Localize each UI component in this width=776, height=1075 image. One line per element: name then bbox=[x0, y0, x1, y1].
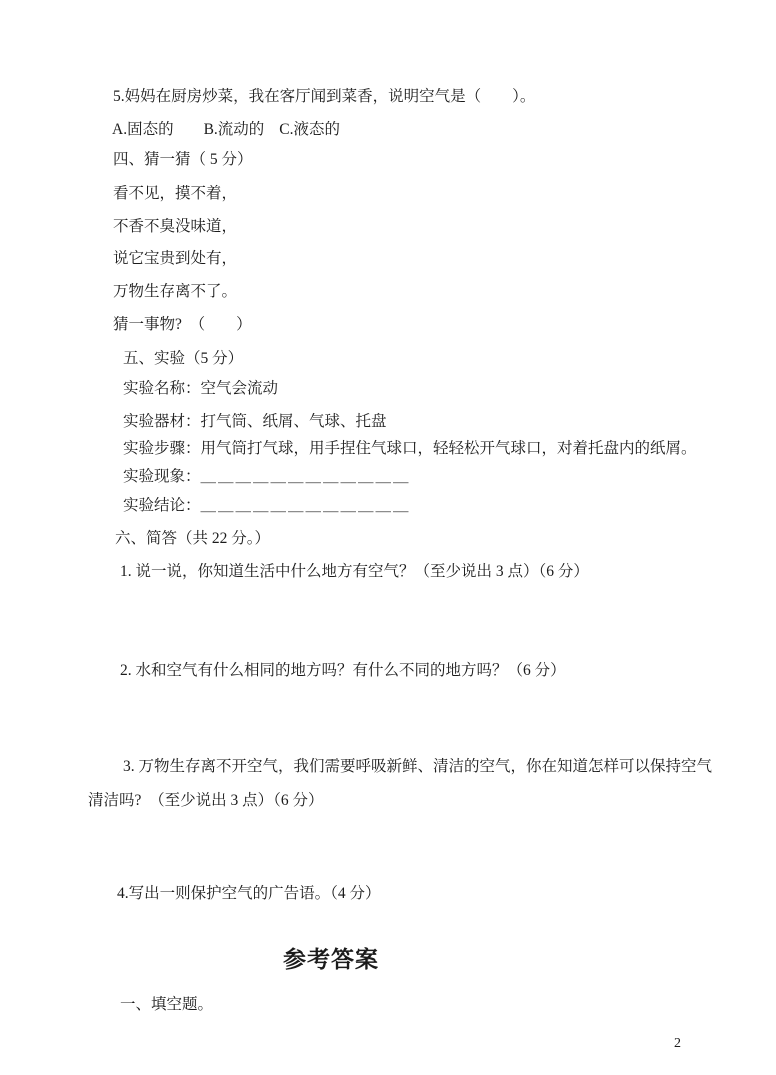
question-3-line-1: 3. 万物生存离不开空气，我们需要呼吸新鲜、清洁的空气，你在知道怎样可以保持空气 bbox=[123, 758, 712, 776]
question-1: 1. 说一说，你知道生活中什么地方有空气？（至少说出 3 点）（6 分） bbox=[120, 563, 589, 581]
experiment-steps: 实验步骤：用气筒打气球，用手捏住气球口，轻轻松开气球口，对着托盘内的纸屑。 bbox=[123, 440, 697, 458]
document-page: 5.妈妈在厨房炒菜，我在客厅闻到菜香，说明空气是（ ）。 A.固态的B.流动的C… bbox=[0, 0, 776, 1075]
conclusion-blank-line: ＿＿＿＿＿＿＿＿＿＿＿＿ bbox=[201, 497, 411, 514]
riddle-line-4: 万物生存离不了。 bbox=[113, 283, 237, 301]
phenomenon-blank-line: ＿＿＿＿＿＿＿＿＿＿＿＿ bbox=[201, 468, 411, 485]
experiment-materials: 实验器材：打气筒、纸屑、气球、托盘 bbox=[123, 413, 387, 431]
experiment-conclusion: 实验结论：＿＿＿＿＿＿＿＿＿＿＿＿ bbox=[123, 497, 411, 515]
section-5-heading: 五、实验（5 分） bbox=[123, 350, 243, 368]
experiment-phenomenon: 实验现象：＿＿＿＿＿＿＿＿＿＿＿＿ bbox=[123, 468, 411, 486]
option-b: B.流动的 bbox=[204, 121, 265, 138]
answers-title: 参考答案 bbox=[283, 946, 379, 972]
question-2: 2. 水和空气有什么相同的地方吗？有什么不同的地方吗？（6 分） bbox=[120, 662, 566, 680]
option-c: C.液态的 bbox=[279, 121, 340, 138]
question-4: 4.写出一则保护空气的广告语。（4 分） bbox=[117, 885, 381, 903]
experiment-phenomenon-label: 实验现象： bbox=[123, 468, 201, 485]
riddle-prompt: 猜一事物? （ ） bbox=[113, 316, 252, 334]
answers-section-1-heading: 一、填空题。 bbox=[120, 996, 213, 1014]
riddle-line-3: 说它宝贵到处有， bbox=[113, 250, 237, 268]
option-a: A.固态的 bbox=[112, 121, 174, 138]
section-6-heading: 六、简答（共 22 分。） bbox=[115, 530, 270, 548]
section-4-heading: 四、猜一猜（ 5 分） bbox=[113, 151, 253, 169]
question-3-line-2: 清洁吗? （至少说出 3 点）（6 分） bbox=[88, 792, 324, 810]
question-5-options: A.固态的B.流动的C.液态的 bbox=[112, 121, 340, 139]
experiment-conclusion-label: 实验结论： bbox=[123, 497, 201, 514]
riddle-line-1: 看不见，摸不着， bbox=[113, 185, 237, 203]
question-5: 5.妈妈在厨房炒菜，我在客厅闻到菜香，说明空气是（ ）。 bbox=[113, 88, 535, 106]
page-number: 2 bbox=[674, 1036, 681, 1052]
experiment-name: 实验名称：空气会流动 bbox=[123, 380, 278, 398]
riddle-line-2: 不香不臭没味道， bbox=[113, 218, 237, 236]
